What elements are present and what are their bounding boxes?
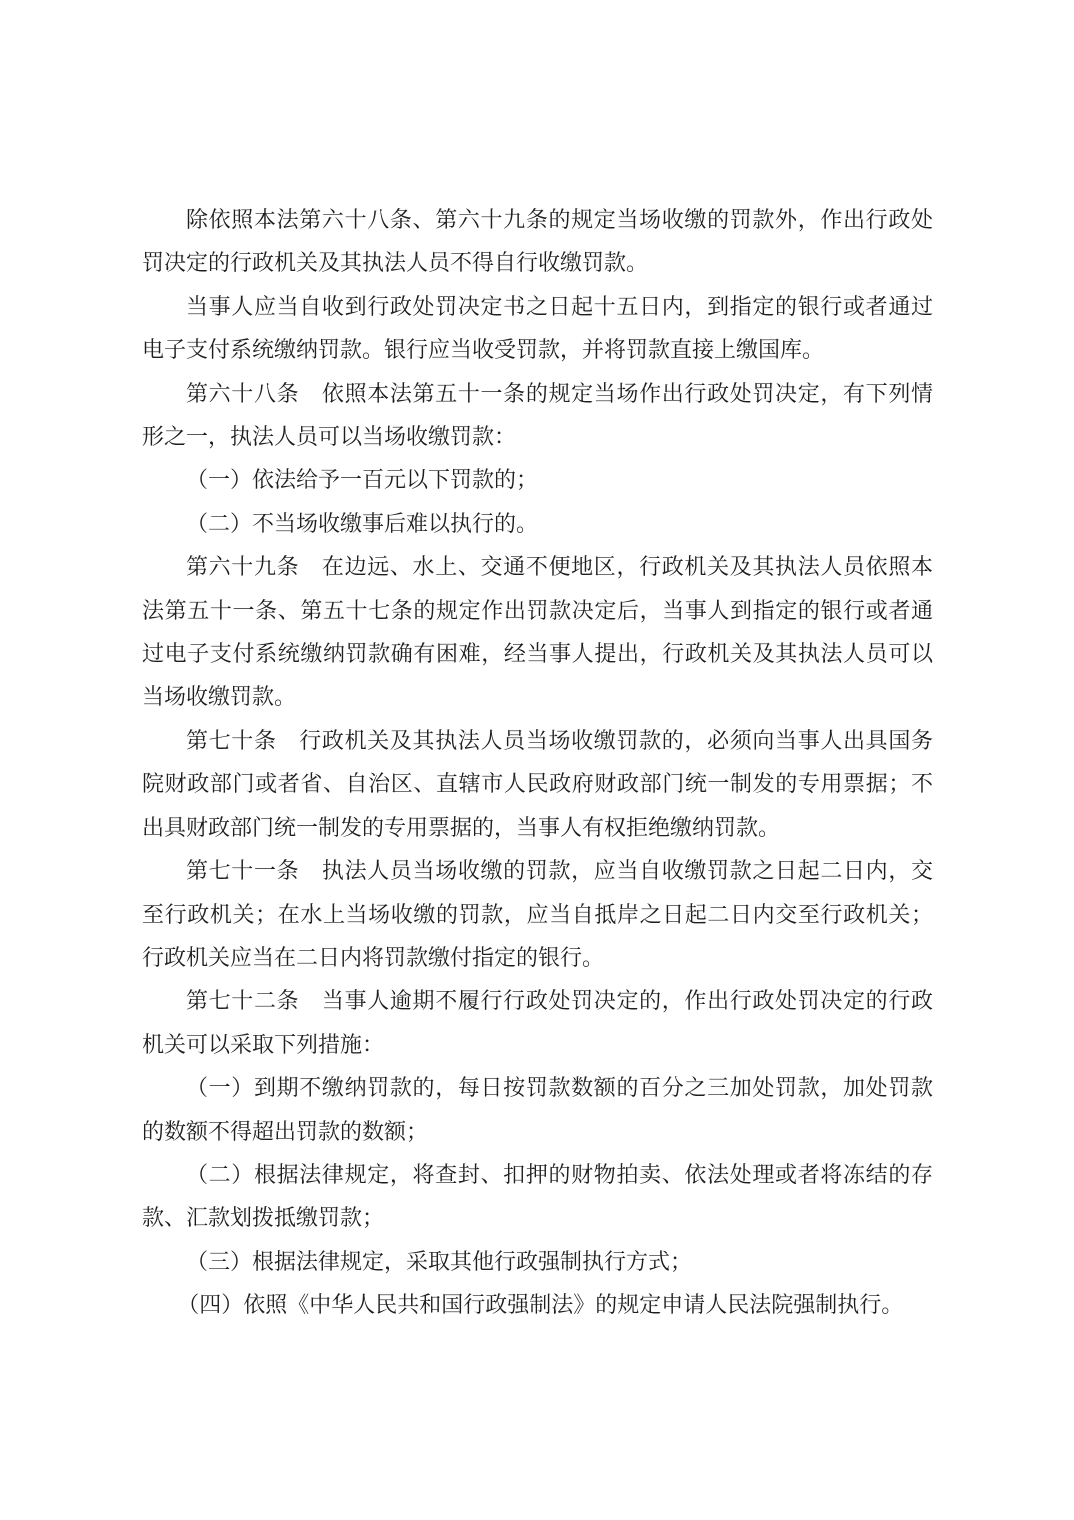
paragraph-article-70: 第七十条 行政机关及其执法人员当场收缴罚款的，必须向当事人出具国务院财政部门或者…: [142, 719, 933, 849]
paragraph-article-71: 第七十一条 执法人员当场收缴的罚款，应当自收缴罚款之日起二日内，交至行政机关；在…: [142, 849, 933, 979]
paragraph-article-72-item-2: （二）根据法律规定，将查封、扣押的财物拍卖、依法处理或者将冻结的存款、汇款划拨抵…: [142, 1153, 933, 1240]
paragraph-article-69: 第六十九条 在边远、水上、交通不便地区，行政机关及其执法人员依照本法第五十一条、…: [142, 545, 933, 719]
paragraph-article-68: 第六十八条 依照本法第五十一条的规定当场作出行政处罚决定，有下列情形之一，执法人…: [142, 372, 933, 459]
document-page: 除依照本法第六十八条、第六十九条的规定当场收缴的罚款外，作出行政处罚决定的行政机…: [0, 0, 1074, 1520]
paragraph-article-72-item-3: （三）根据法律规定，采取其他行政强制执行方式；: [142, 1240, 933, 1283]
paragraph-article-72-item-1: （一）到期不缴纳罚款的，每日按罚款数额的百分之三加处罚款，加处罚款的数额不得超出…: [142, 1066, 933, 1153]
paragraph-article-68-item-1: （一）依法给予一百元以下罚款的；: [142, 458, 933, 501]
paragraph-1: 除依照本法第六十八条、第六十九条的规定当场收缴的罚款外，作出行政处罚决定的行政机…: [142, 198, 933, 285]
paragraph-article-72-item-4: （四）依照《中华人民共和国行政强制法》的规定申请人民法院强制执行。: [142, 1283, 933, 1326]
paragraph-article-68-item-2: （二）不当场收缴事后难以执行的。: [142, 502, 933, 545]
paragraph-2: 当事人应当自收到行政处罚决定书之日起十五日内，到指定的银行或者通过电子支付系统缴…: [142, 285, 933, 372]
paragraph-article-72: 第七十二条 当事人逾期不履行行政处罚决定的，作出行政处罚决定的行政机关可以采取下…: [142, 979, 933, 1066]
